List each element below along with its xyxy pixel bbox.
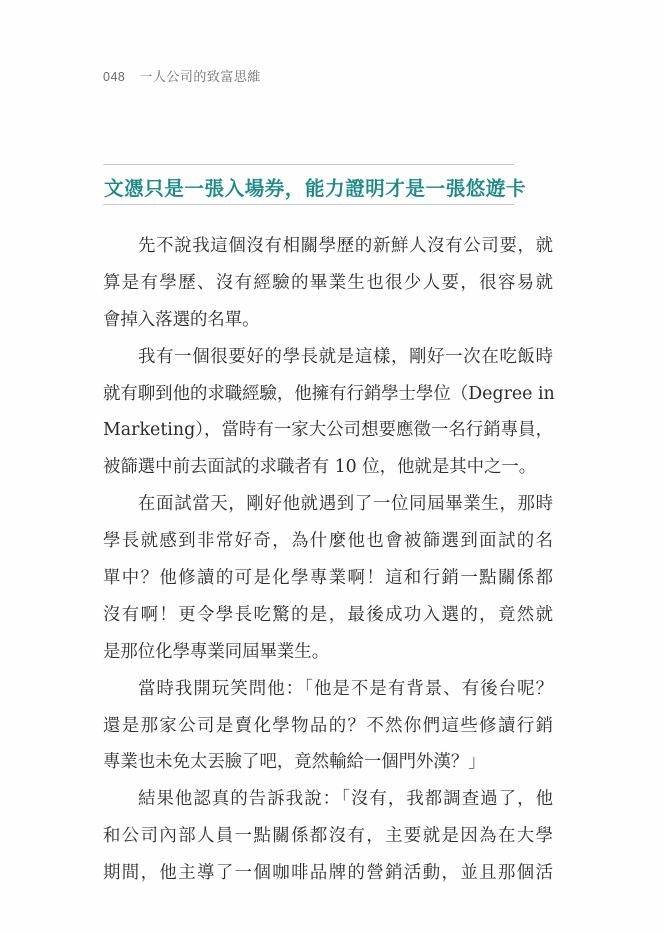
paragraph: 當時我開玩笑問他：「他是不是有背景、有後台呢？ 還是那家公司是賣化學物品的？不然… (103, 671, 553, 782)
running-head: 048一人公司的致富思維 (103, 66, 261, 85)
text-line: 當時我開玩笑問他：「他是不是有背景、有後台呢？ (103, 671, 553, 708)
page-number: 048 (103, 70, 125, 84)
text-line: 是那位化學專業同屆畢業生。 (103, 634, 553, 671)
text-line: 在面試當天，剛好他就遇到了一位同屆畢業生，那時 (103, 486, 553, 523)
paragraph: 在面試當天，剛好他就遇到了一位同屆畢業生，那時 學長就感到非常好奇，為什麼他也會… (103, 486, 553, 670)
text-line: 我有一個很要好的學長就是這樣，剛好一次在吃飯時 (103, 339, 553, 376)
book-title: 一人公司的致富思維 (139, 70, 261, 85)
text-line: 會掉入落選的名單。 (103, 302, 553, 339)
text-line: 結果他認真的告訴我說：「沒有，我都調查過了，他 (103, 781, 553, 818)
text-line: 和公司內部人員一點關係都沒有，主要就是因為在大學 (103, 818, 553, 855)
text-line: 先不說我這個沒有相關學歷的新鮮人沒有公司要，就 (103, 228, 553, 265)
paragraph: 先不說我這個沒有相關學歷的新鮮人沒有公司要，就 算是有學歷、沒有經驗的畢業生也很… (103, 228, 553, 339)
body-text: 先不說我這個沒有相關學歷的新鮮人沒有公司要，就 算是有學歷、沒有經驗的畢業生也很… (103, 228, 553, 892)
text-line: 沒有啊！更令學長吃驚的是，最後成功入選的，竟然就 (103, 597, 553, 634)
text-line: 被篩選中前去面試的求職者有 10 位，他就是其中之一。 (103, 449, 553, 486)
text-line: Marketing），當時有一家大公司想要應徵一名行銷專員， (103, 412, 553, 449)
text-line: 期間，他主導了一個咖啡品牌的營銷活動，並且那個活 (103, 855, 553, 892)
text-line: 單中？他修讀的可是化學專業啊！這和行銷一點關係都 (103, 560, 553, 597)
paragraph: 結果他認真的告訴我說：「沒有，我都調查過了，他 和公司內部人員一點關係都沒有，主… (103, 781, 553, 892)
text-line: 學長就感到非常好奇，為什麼他也會被篩選到面試的名 (103, 523, 553, 560)
paragraph: 我有一個很要好的學長就是這樣，剛好一次在吃飯時 就有聊到他的求職經驗，他擁有行銷… (103, 339, 553, 487)
text-line: 就有聊到他的求職經驗，他擁有行銷學士學位（Degree in (103, 376, 553, 413)
text-line: 算是有學歷、沒有經驗的畢業生也很少人要，很容易就 (103, 265, 553, 302)
section-heading: 文憑只是一張入場券，能力證明才是一張悠遊卡 (103, 164, 514, 205)
text-line: 專業也未免太丟臉了吧，竟然輸給一個門外漢？」 (103, 744, 553, 781)
section-title: 文憑只是一張入場券，能力證明才是一張悠遊卡 (104, 173, 526, 201)
text-line: 還是那家公司是賣化學物品的？不然你們這些修讀行銷 (103, 708, 553, 745)
